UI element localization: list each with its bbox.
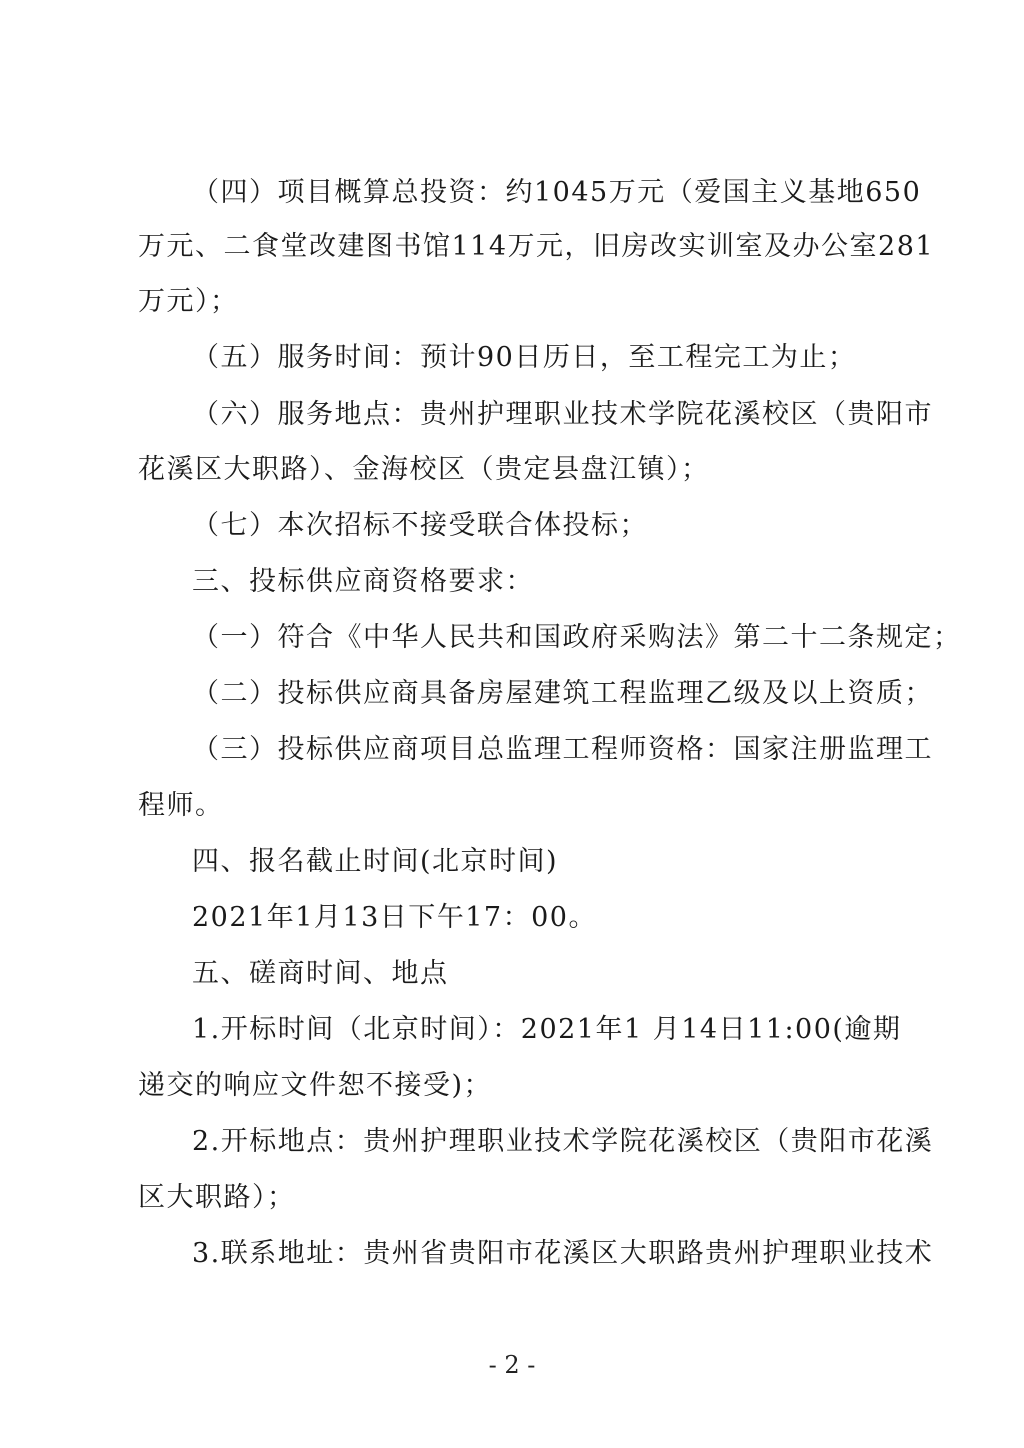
text-line-no-consortium: （七）本次招标不接受联合体投标；	[192, 506, 648, 546]
section-heading-negotiation: 五、磋商时间、地点	[192, 954, 449, 994]
text-line-qualification-2: （二）投标供应商具备房屋建筑工程监理乙级及以上资质；	[192, 674, 898, 714]
text-line-total-investment: （四）项目概算总投资：约1045万元（爱国主义基地650	[192, 173, 898, 213]
page-number: - 2 -	[0, 1350, 1024, 1380]
text-line-qualification-1: （一）符合《中华人民共和国政府采购法》第二十二条规定；	[192, 618, 898, 658]
section-heading-deadline: 四、报名截止时间(北京时间)	[192, 842, 558, 882]
text-line-service-location: （六）服务地点：贵州护理职业技术学院花溪校区（贵阳市	[192, 395, 898, 435]
text-line: 花溪区大职路）、金海校区（贵定县盘江镇）；	[138, 450, 710, 490]
text-line-service-time: （五）服务时间：预计90日历日，至工程完工为止；	[192, 338, 856, 378]
text-line-deadline-date: 2021年1月13日下午17：00。	[192, 898, 597, 938]
text-line-opening-location: 2.开标地点：贵州护理职业技术学院花溪校区（贵阳市花溪	[192, 1122, 898, 1162]
section-heading-qualifications: 三、投标供应商资格要求：	[192, 562, 534, 602]
text-line: 递交的响应文件恕不接受)；	[138, 1066, 492, 1106]
text-line: 程师。	[138, 786, 224, 826]
text-line-qualification-3: （三）投标供应商项目总监理工程师资格：国家注册监理工	[192, 730, 898, 770]
text-line: 万元）；	[138, 282, 239, 322]
text-line: 万元、二食堂改建图书馆114万元，旧房改实训室及办公室281	[138, 227, 898, 267]
text-line-contact-address: 3.联系地址：贵州省贵阳市花溪区大职路贵州护理职业技术	[192, 1234, 898, 1274]
text-line: 区大职路）；	[138, 1178, 296, 1218]
text-line-opening-time: 1.开标时间（北京时间）：2021年1 月14日11:00(逾期	[192, 1010, 898, 1050]
